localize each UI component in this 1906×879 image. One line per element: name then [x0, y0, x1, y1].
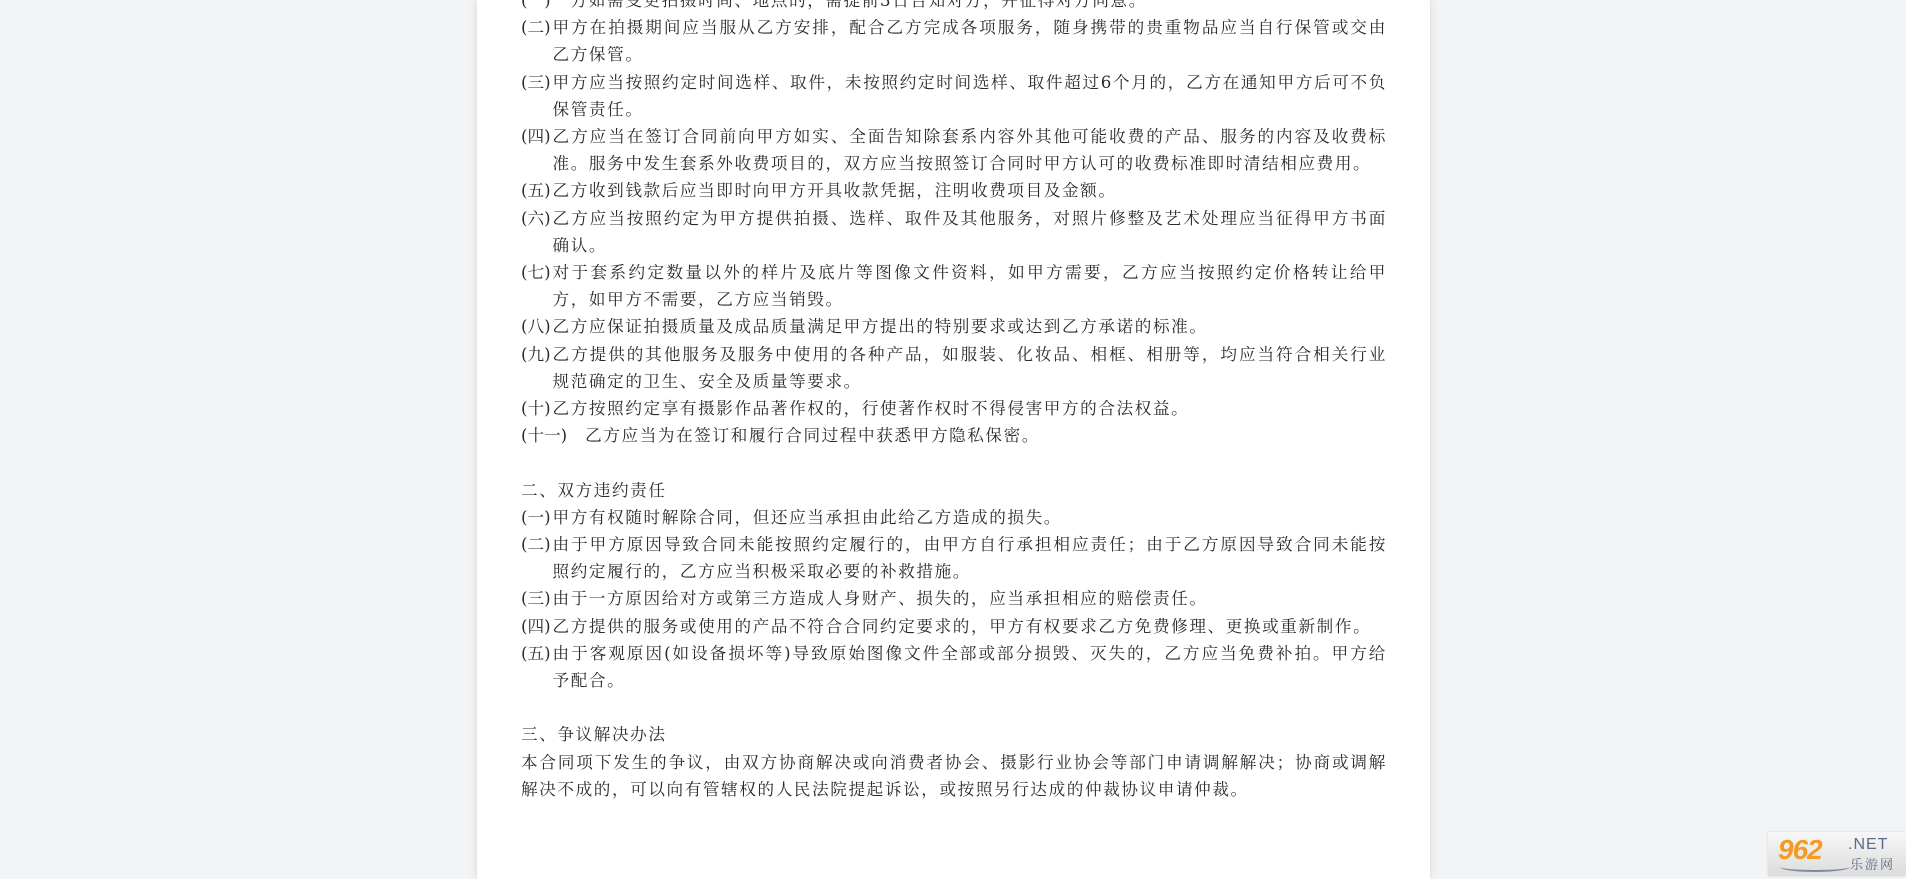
document-content: (一) 一方如需变更拍摄时间、地点的，需提前3日告知对方，并征得对方同意。 (二… [521, 0, 1387, 803]
document-page: (一) 一方如需变更拍摄时间、地点的，需提前3日告知对方，并征得对方同意。 (二… [477, 0, 1430, 879]
item-text: 乙方应当按照约定为甲方提供拍摄、选样、取件及其他服务，对照片修整及艺术处理应当征… [553, 205, 1387, 259]
section-heading-breach: 二、双方违约责任 [521, 477, 1387, 504]
item-text: 甲方在拍摄期间应当服从乙方安排，配合乙方完成各项服务，随身携带的贵重物品应当自行… [553, 14, 1387, 68]
site-watermark-logo: 962 .NET 乐游网 [1768, 832, 1906, 876]
list-item: (四) 乙方提供的服务或使用的产品不符合合同约定要求的，甲方有权要求乙方免费修理… [521, 613, 1387, 640]
item-text: 乙方提供的其他服务及服务中使用的各种产品，如服装、化妆品、相框、相册等，均应当符… [553, 341, 1387, 395]
list-item: (一) 甲方有权随时解除合同，但还应当承担由此给乙方造成的损失。 [521, 504, 1387, 531]
list-item: (三) 由于一方原因给对方或第三方造成人身财产、损失的，应当承担相应的赔偿责任。 [521, 585, 1387, 612]
item-number: (五) [521, 177, 551, 204]
list-item: (十) 乙方按照约定享有摄影作品著作权的，行使著作权时不得侵害甲方的合法权益。 [521, 395, 1387, 422]
item-text: 乙方按照约定享有摄影作品著作权的，行使著作权时不得侵害甲方的合法权益。 [553, 395, 1387, 422]
watermark-domain: .NET [1848, 836, 1888, 854]
item-text: 甲方应当按照约定时间选样、取件，未按照约定时间选样、取件超过6个月的，乙方在通知… [553, 69, 1387, 123]
item-text: 乙方应保证拍摄质量及成品质量满足甲方提出的特别要求或达到乙方承诺的标准。 [553, 313, 1387, 340]
item-text: 由于客观原因(如设备损坏等)导致原始图像文件全部或部分损毁、灭失的，乙方应当免费… [553, 640, 1387, 694]
item-number: (八) [521, 313, 551, 340]
list-item: (一) 一方如需变更拍摄时间、地点的，需提前3日告知对方，并征得对方同意。 [521, 0, 1387, 14]
swoosh-icon [1780, 862, 1850, 872]
item-text: 由于甲方原因导致合同未能按照约定履行的，由甲方自行承担相应责任；由于乙方原因导致… [553, 531, 1387, 585]
list-item: (八) 乙方应保证拍摄质量及成品质量满足甲方提出的特别要求或达到乙方承诺的标准。 [521, 313, 1387, 340]
item-number: (九) [521, 341, 551, 395]
dispute-paragraph: 本合同项下发生的争议，由双方协商解决或向消费者协会、摄影行业协会等部门申请调解解… [521, 749, 1387, 803]
item-number: (六) [521, 205, 551, 259]
list-item: (四) 乙方应当在签订合同前向甲方如实、全面告知除套系内容外其他可能收费的产品、… [521, 123, 1387, 177]
item-number: (七) [521, 259, 551, 313]
blank-line [521, 694, 1387, 721]
item-text: 乙方收到钱款后应当即时向甲方开具收款凭据，注明收费项目及金额。 [553, 177, 1387, 204]
item-text: 一方如需变更拍摄时间、地点的，需提前3日告知对方，并征得对方同意。 [553, 0, 1387, 14]
list-item: (三) 甲方应当按照约定时间选样、取件，未按照约定时间选样、取件超过6个月的，乙… [521, 69, 1387, 123]
item-number: (四) [521, 613, 551, 640]
list-item: (五) 乙方收到钱款后应当即时向甲方开具收款凭据，注明收费项目及金额。 [521, 177, 1387, 204]
list-item: (二) 由于甲方原因导致合同未能按照约定履行的，由甲方自行承担相应责任；由于乙方… [521, 531, 1387, 585]
list-item: (七) 对于套系约定数量以外的样片及底片等图像文件资料，如甲方需要，乙方应当按照… [521, 259, 1387, 313]
item-number: (五) [521, 640, 551, 694]
item-text: 甲方有权随时解除合同，但还应当承担由此给乙方造成的损失。 [553, 504, 1387, 531]
item-number: (四) [521, 123, 551, 177]
section-heading-dispute: 三、争议解决办法 [521, 721, 1387, 748]
list-item: (六) 乙方应当按照约定为甲方提供拍摄、选样、取件及其他服务，对照片修整及艺术处… [521, 205, 1387, 259]
item-text: 对于套系约定数量以外的样片及底片等图像文件资料，如甲方需要，乙方应当按照约定价格… [553, 259, 1387, 313]
blank-line [521, 449, 1387, 476]
item-number: (二) [521, 531, 551, 585]
list-item: (二) 甲方在拍摄期间应当服从乙方安排，配合乙方完成各项服务，随身携带的贵重物品… [521, 14, 1387, 68]
list-item: (十一) 乙方应当为在签订和履行合同过程中获悉甲方隐私保密。 [521, 422, 1387, 449]
list-item: (九) 乙方提供的其他服务及服务中使用的各种产品，如服装、化妆品、相框、相册等，… [521, 341, 1387, 395]
item-text: 乙方应当在签订合同前向甲方如实、全面告知除套系内容外其他可能收费的产品、服务的内… [553, 123, 1387, 177]
item-number: (三) [521, 69, 551, 123]
item-number: (十) [521, 395, 551, 422]
item-number: (十一) [521, 422, 567, 449]
list-item: (五) 由于客观原因(如设备损坏等)导致原始图像文件全部或部分损毁、灭失的，乙方… [521, 640, 1387, 694]
item-number: (二) [521, 14, 551, 68]
item-text: 由于一方原因给对方或第三方造成人身财产、损失的，应当承担相应的赔偿责任。 [553, 585, 1387, 612]
item-number: (一) [521, 504, 551, 531]
item-number: (三) [521, 585, 551, 612]
watermark-chinese: 乐游网 [1850, 854, 1895, 873]
item-text: 乙方应当为在签订和履行合同过程中获悉甲方隐私保密。 [585, 422, 1387, 449]
item-number: (一) [521, 0, 551, 14]
item-text: 乙方提供的服务或使用的产品不符合合同约定要求的，甲方有权要求乙方免费修理、更换或… [553, 613, 1387, 640]
